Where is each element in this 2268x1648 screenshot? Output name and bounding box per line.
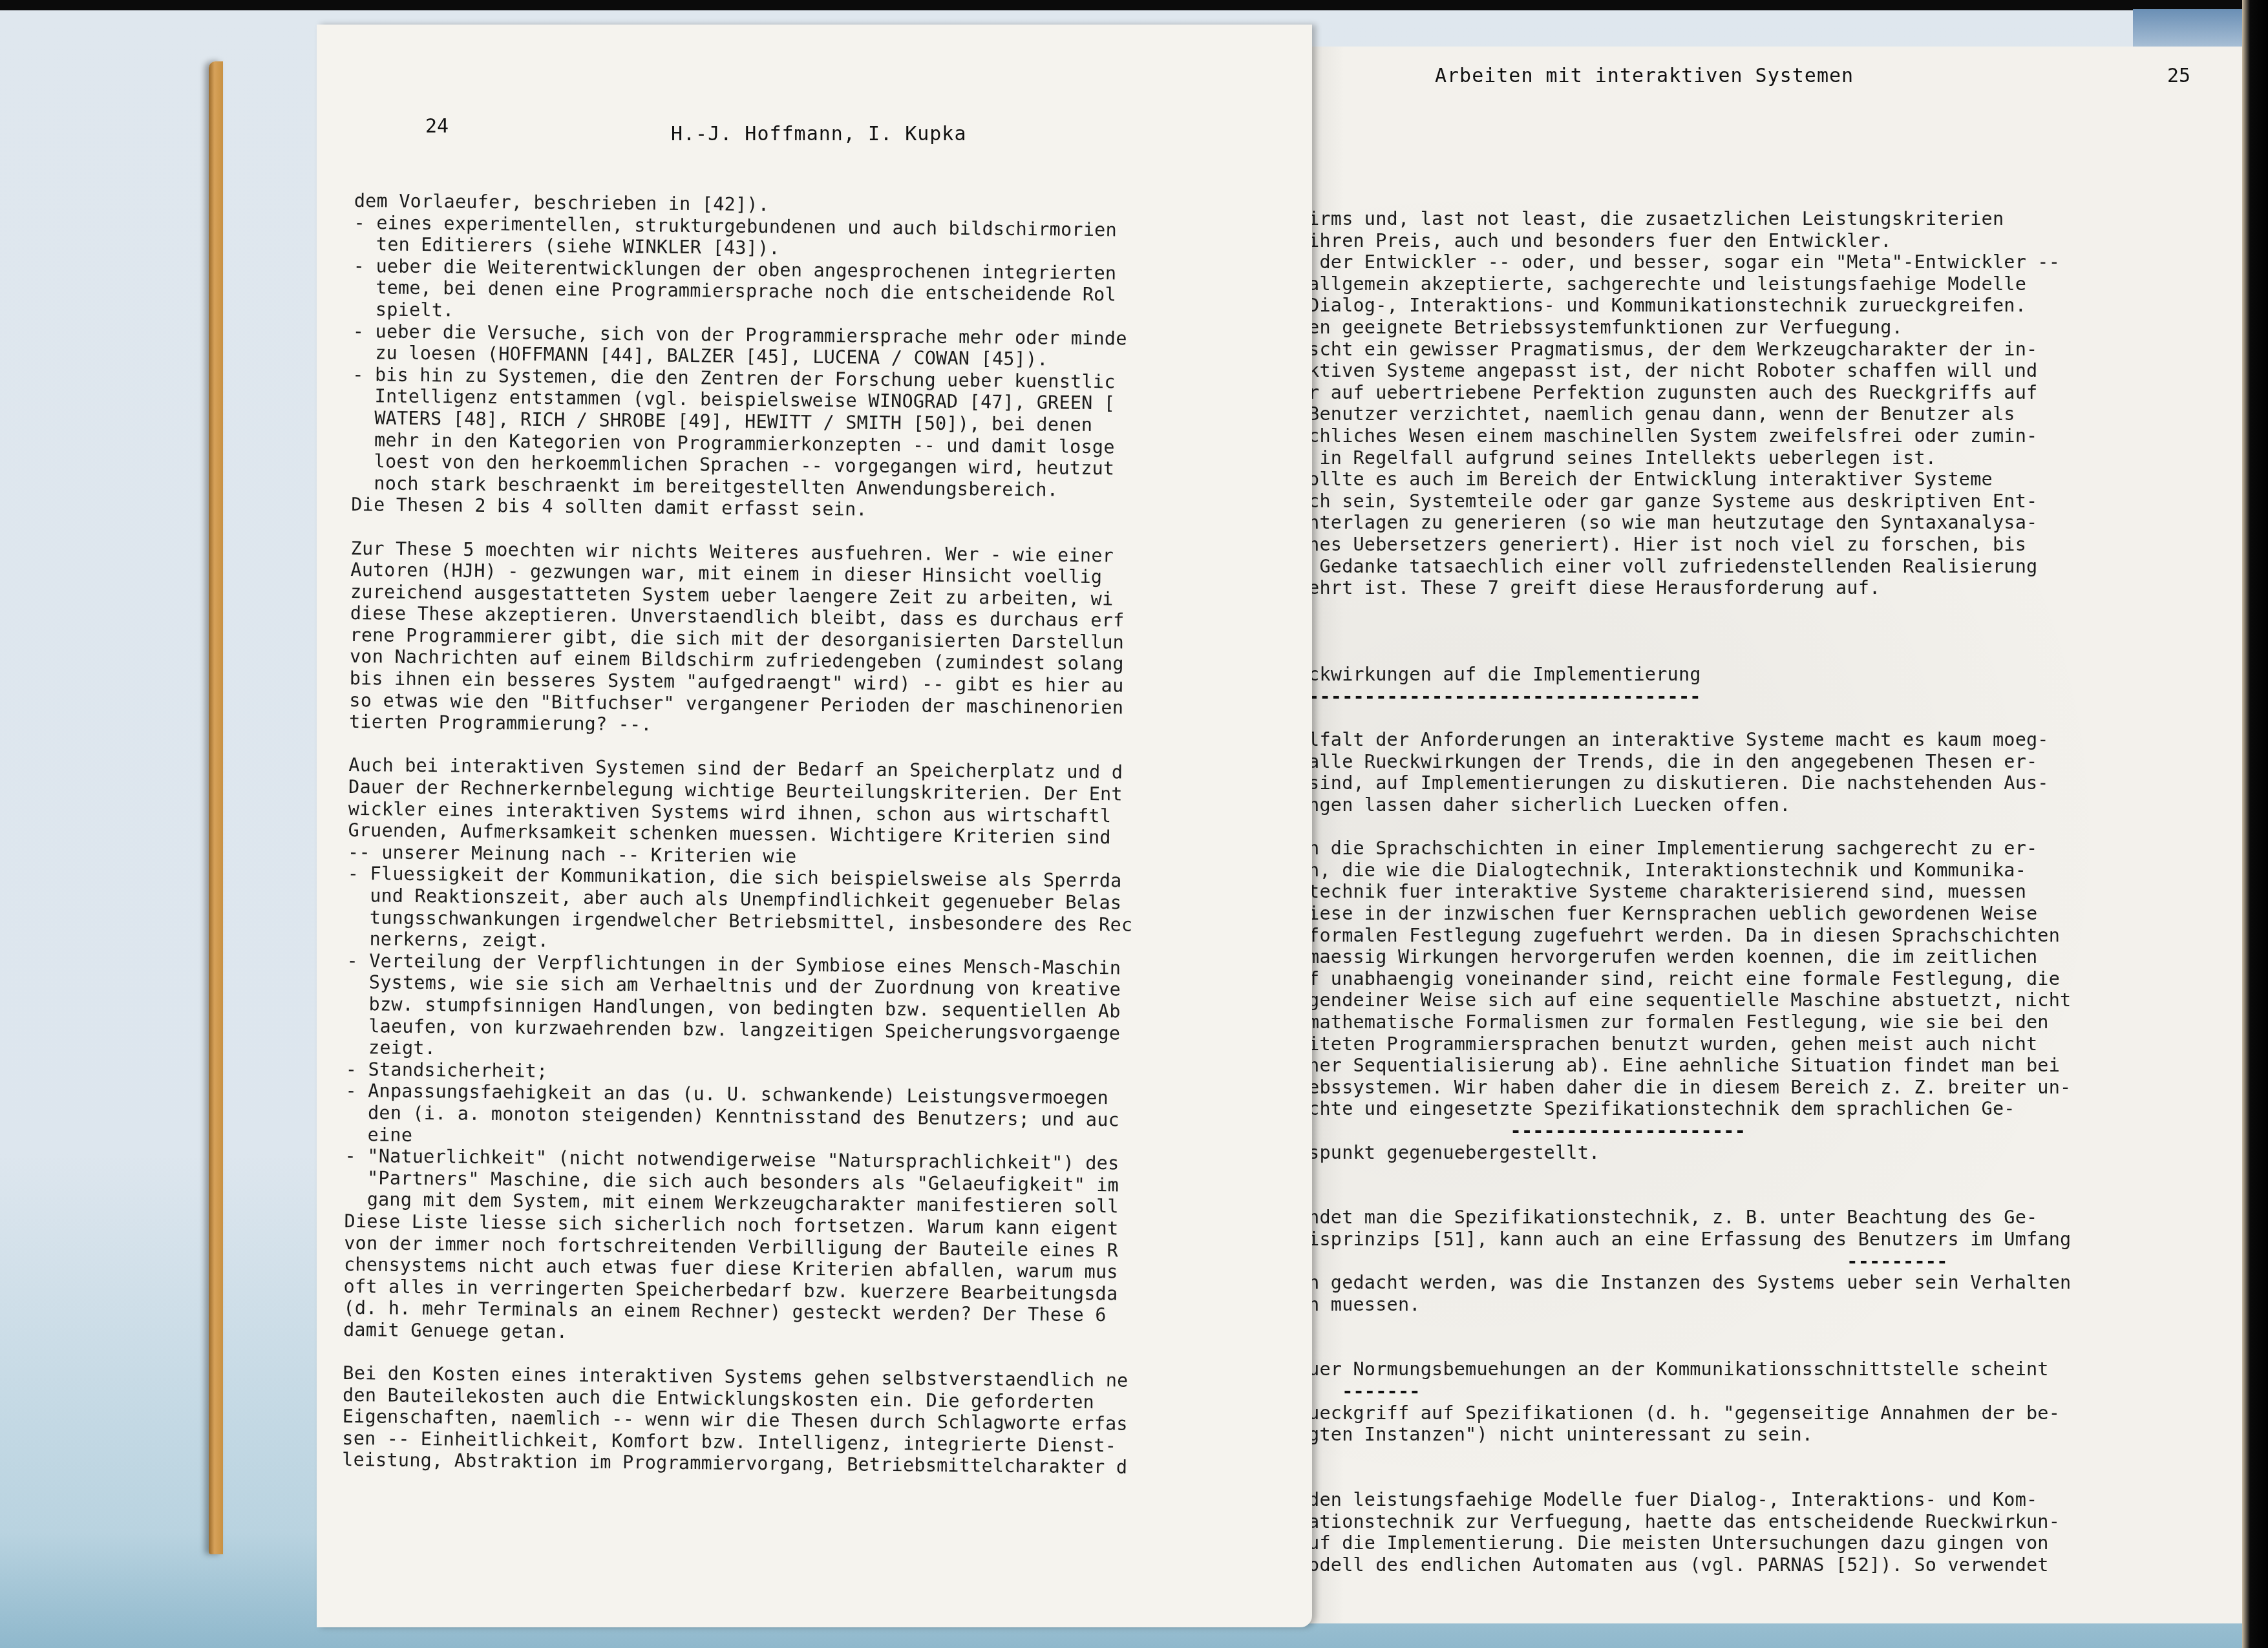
text-line: lauf unabhaengig voneinander sind, reich… (1275, 968, 2071, 990)
text-line: eraktiven Systeme angepasst ist, der nic… (1275, 360, 2071, 382)
text-line: irgendeiner Weise sich auf eine sequenti… (1275, 989, 2071, 1011)
text-line: n diese in der inzwischen fuer Kernsprac… (1275, 903, 2071, 925)
text-line: gelmaessig Wirkungen hervorgerufen werde… (1275, 946, 2071, 968)
right-page: Arbeiten mit interaktiven Systemen 25 sc… (1267, 47, 2242, 1623)
text-line: rsuchte und eingesetzte Spezifikationste… (1275, 1098, 2071, 1120)
left-page: 24 H.-J. Hoffmann, I. Kupka dem Vorlaeuf… (317, 25, 1312, 1627)
text-line: Vielfalt der Anforderungen an interaktiv… (1275, 729, 2071, 751)
text-line: hrungen lassen daher sicherlich Luecken … (1275, 794, 2071, 816)
text-line: schirms und, last not least, die zusaetz… (1275, 208, 2071, 230)
text-line: einer Sequentialisierung ab). Eine aehnl… (1275, 1055, 2071, 1077)
text-line: chtspunkt gegenuebergestellt. (1275, 1142, 2071, 1164)
text-line: er formalen Festlegung zugefuehrt werden… (1275, 925, 2071, 947)
underline-rule: --------- (1275, 1251, 2071, 1273)
text-line: efuehrt ist. These 7 greift diese Heraus… (1275, 577, 2071, 599)
text-line: n sollte es auch im Bereich der Entwickl… (1275, 469, 2071, 491)
text-line (1275, 1337, 2071, 1359)
text-line (1275, 816, 2071, 838)
scanner-top-border (0, 0, 2268, 10)
text-line: n, alle Rueckwirkungen der Trends, die i… (1275, 751, 2071, 773)
text-line: st sind, auf Implementierungen zu diskut… (1275, 772, 2071, 794)
text-line: nikationstechnik zur Verfuegung, haette … (1275, 1511, 2071, 1533)
text-line (1275, 599, 2071, 621)
text-line: an ihren Preis, auch und besonders fuer … (1275, 230, 2071, 252)
underline-rule: --------------------- (1275, 1120, 2071, 1142)
text-line: eines Uebersetzers generiert). Hier ist … (1275, 534, 2071, 556)
text-line: en Benutzer verzichtet, naemlich genau d… (1275, 403, 2071, 425)
text-line: imnisprinzips [51], kann auch an eine Er… (1275, 1229, 2071, 1251)
text-line: tehen geeignete Betriebssystemfunktionen… (1275, 317, 2071, 339)
text-line: m Modell des endlichen Automaten aus (vg… (1275, 1554, 2071, 1576)
page-number: 25 (2167, 65, 2190, 87)
book-cover-edge (209, 61, 223, 1554)
text-line (1275, 1315, 2071, 1337)
scanner-right-border (2242, 0, 2268, 1648)
text-line: ur Dialog-, Interaktions- und Kommunikat… (1275, 295, 2071, 317)
text-line: Rueckwirkungen auf die Implementierung (1275, 664, 2071, 686)
text-line: enschliches Wesen einem maschinellen Sys… (1275, 425, 2071, 447)
text-line: ssen gedacht werden, was die Instanzen d… (1275, 1272, 2071, 1294)
text-line: n Rueckgriff auf Spezifikationen (d. h. … (1275, 1402, 2071, 1424)
text-line (1275, 708, 2071, 730)
running-head: H.-J. Hoffmann, I. Kupka (671, 123, 966, 145)
page-number: 24 (425, 115, 449, 138)
right-page-body: schirms und, last not least, die zusaetz… (1275, 208, 2071, 1576)
text-line: breiteten Programmiersprachen benutzt wu… (1275, 1033, 2071, 1055)
text-line: aher auf uebertriebene Perfektion zuguns… (1275, 382, 2071, 404)
text-line: n fuer Normungsbemuehungen an der Kommun… (1275, 1358, 2071, 1380)
text-line (1275, 1163, 2071, 1185)
text-line: n auf die Implementierung. Die meisten U… (1275, 1532, 2071, 1554)
text-line: rwendet man die Spezifikationstechnik, z… (1275, 1207, 2071, 1229)
text-line: auch die Sprachschichten in einer Implem… (1275, 838, 2071, 860)
text-line: s (mathematische Formalismen zur formale… (1275, 1011, 2071, 1033)
scanner-glare (2133, 9, 2243, 48)
underline-rule: ------- (1275, 1380, 2071, 1402)
text-line: ssen, die wie die Dialogtechnik, Interak… (1275, 860, 2071, 882)
text-line: ssen muessen. (1275, 1294, 2071, 1316)
text-line: onstechnik fuer interaktive Systeme char… (1275, 881, 2071, 903)
text-line (1275, 620, 2071, 642)
running-head: Arbeiten mit interaktiven Systemen (1435, 65, 1854, 87)
text-line: glich sein, Systemteile oder gar ganze S… (1275, 491, 2071, 512)
underline-rule: -------------------------------------- (1275, 686, 2071, 708)
left-page-body: dem Vorlaeufer, beschrieben in [42]).- e… (342, 190, 1139, 1479)
text-line: ser Gedanke tatsaechlich einer voll zufr… (1275, 556, 2071, 578)
text-line: fsunterlagen zu generieren (so wie man h… (1275, 512, 2071, 534)
text-line: aenden leistungsfaehige Modelle fuer Dia… (1275, 1489, 2071, 1511)
text-line: errscht ein gewisser Pragmatismus, der d… (1275, 339, 2071, 361)
text-line (1275, 1446, 2071, 1468)
text-line (1275, 1467, 2071, 1489)
text-line: ann der Entwickler -- oder, und besser, … (1275, 251, 2071, 273)
text-line (1275, 1185, 2071, 1207)
text-line: iligten Instanzen") nicht uninteressant … (1275, 1424, 2071, 1446)
text-line: est in Regelfall aufgrund seines Intelle… (1275, 447, 2071, 469)
text-line: uf allgemein akzeptierte, sachgerechte u… (1275, 273, 2071, 295)
text-line (1275, 642, 2071, 664)
text-line: triebssystemen. Wir haben daher die in d… (1275, 1077, 2071, 1099)
